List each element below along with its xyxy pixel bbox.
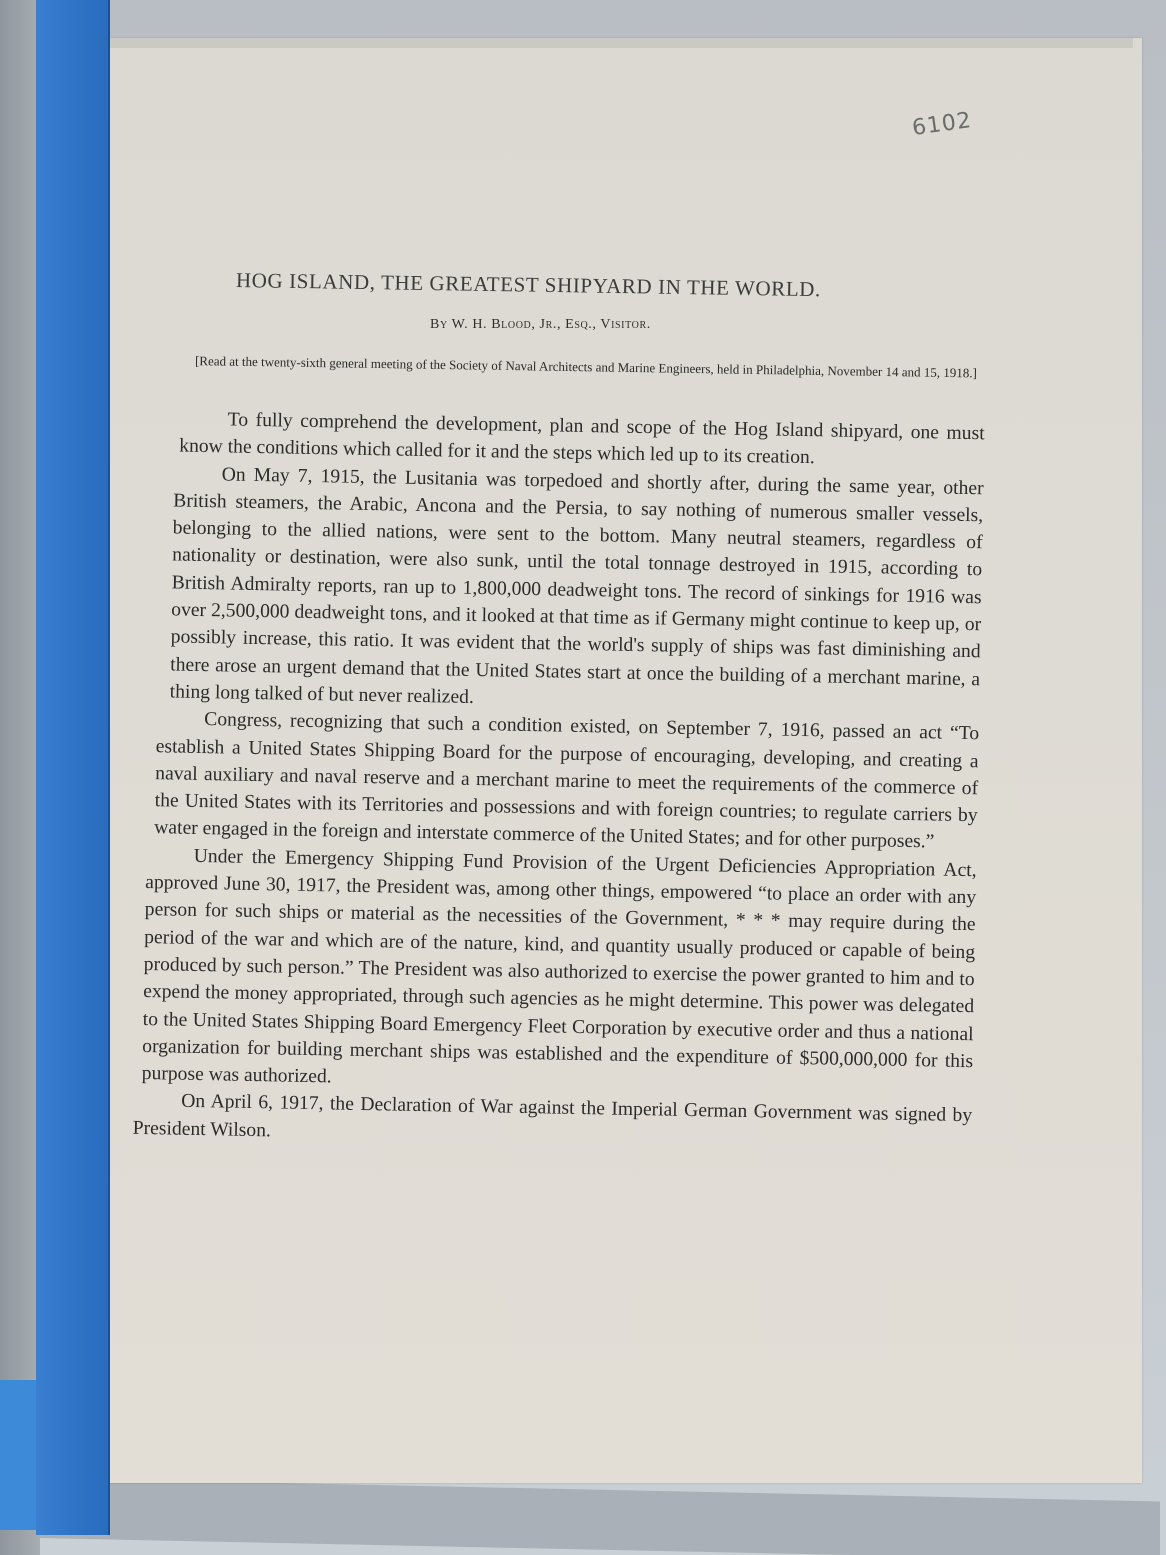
paragraph: On May 7, 1915, the Lusitania was torped… bbox=[169, 460, 983, 720]
paper-shadow bbox=[40, 1478, 1160, 1555]
page-top-edge bbox=[108, 38, 1133, 48]
blue-binder-spine bbox=[36, 0, 110, 1535]
document-body: To fully comprehend the development, pla… bbox=[136, 405, 984, 1157]
paragraph: Congress, recognizing that such a condit… bbox=[154, 705, 979, 857]
desk-surface-left bbox=[0, 0, 40, 1555]
author-byline: By W. H. Blood, Jr., Esq., Visitor. bbox=[430, 317, 651, 333]
paragraph: Under the Emergency Shipping Fund Provis… bbox=[141, 842, 976, 1103]
